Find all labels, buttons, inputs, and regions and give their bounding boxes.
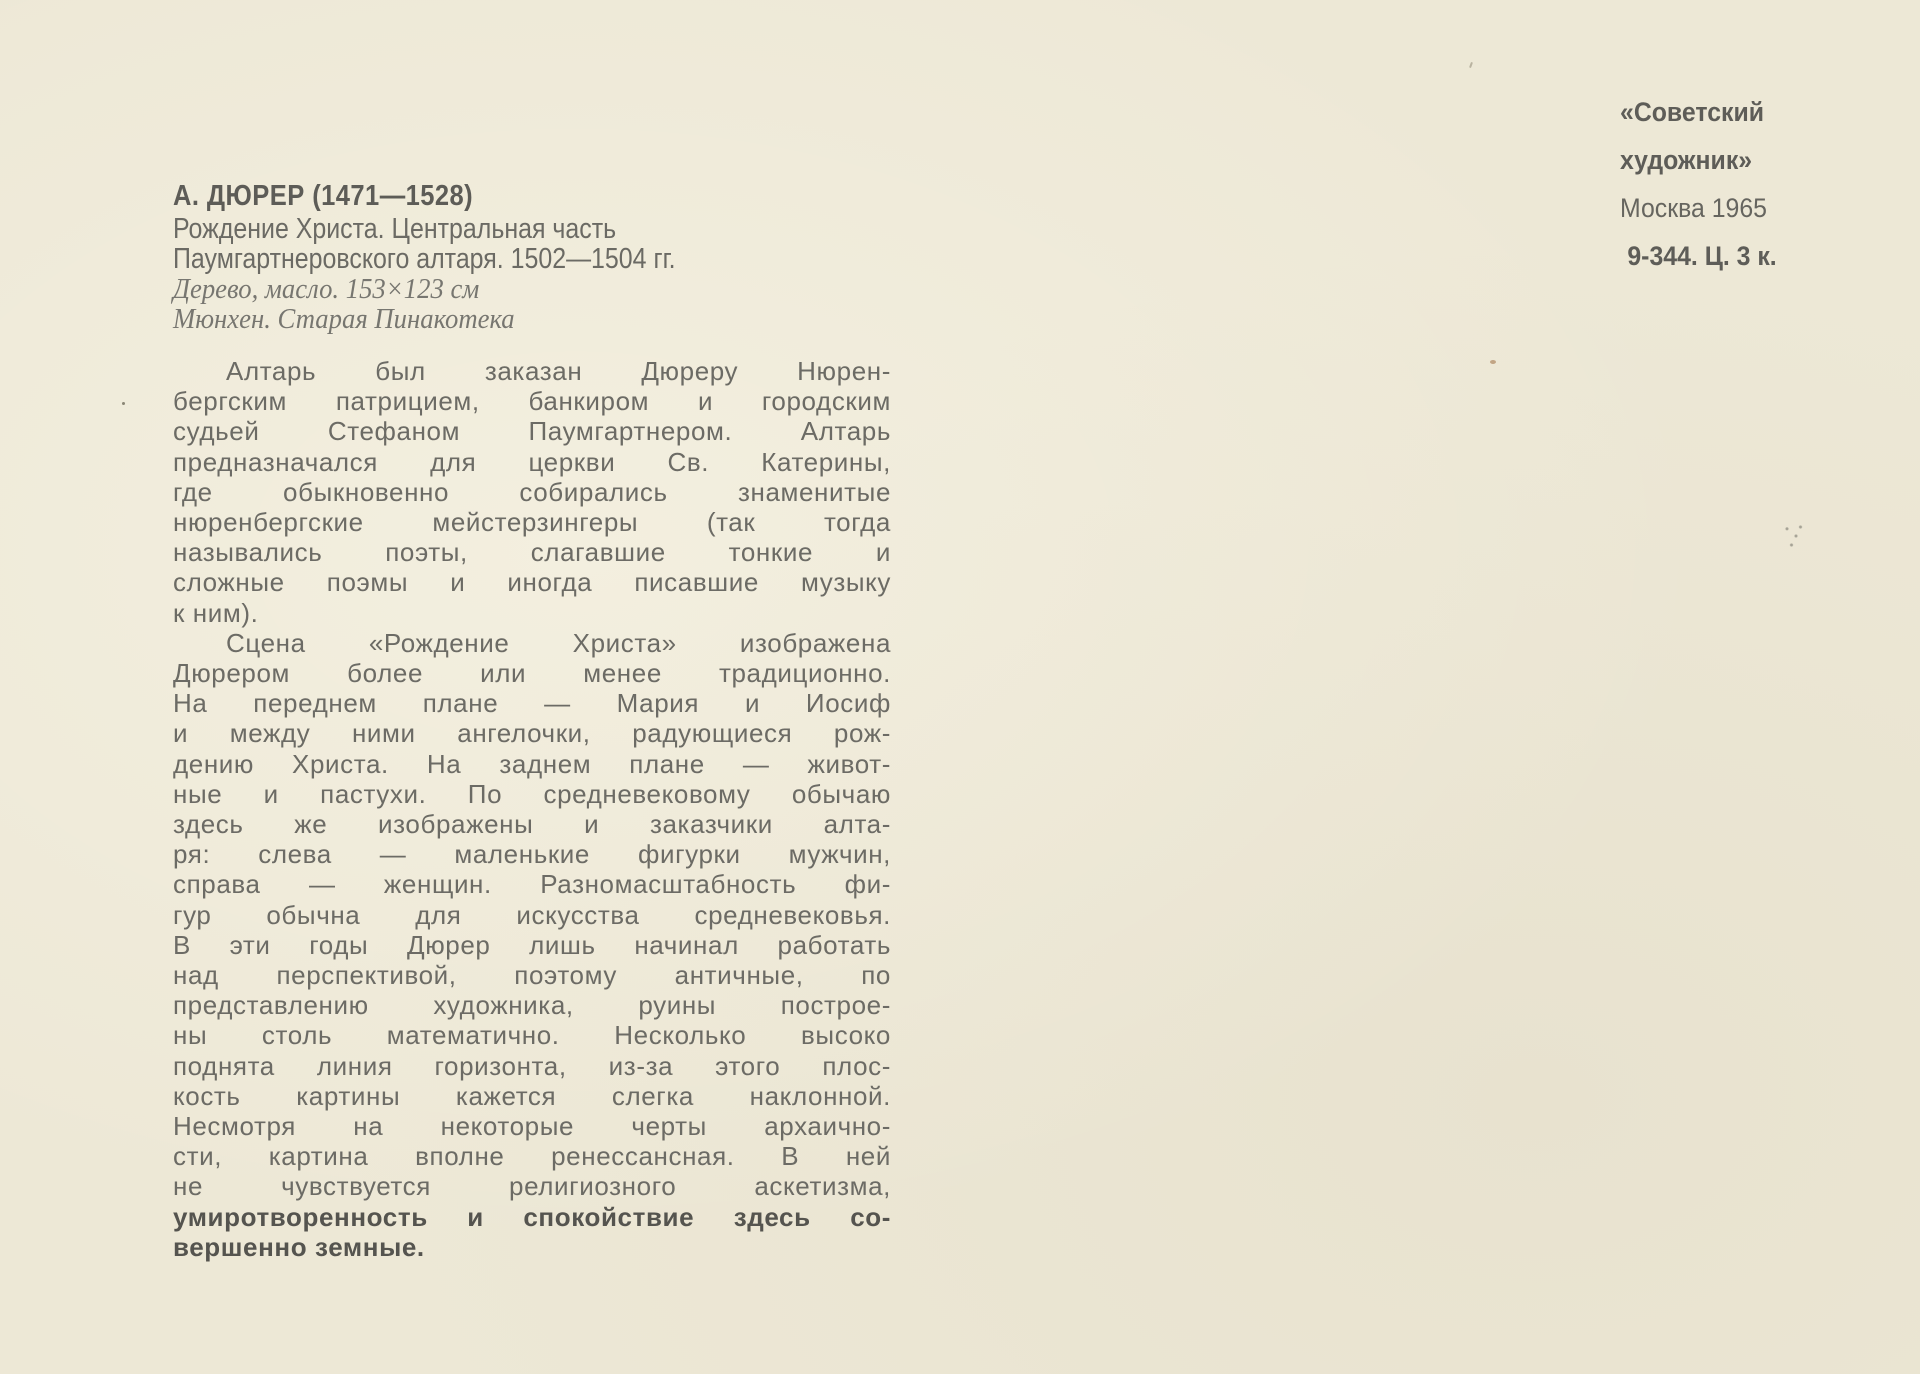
artwork-title-line: Рождение Христа. Центральная часть: [173, 214, 792, 244]
catalog-code-price: 9-344. Ц. 3 к.: [1620, 232, 1878, 280]
text-line: дению Христа. На заднем плане — живот-: [173, 749, 891, 779]
artwork-location: Мюнхен. Старая Пинакотека: [173, 304, 835, 334]
text-line: предназначался для церкви Св. Катерины,: [173, 447, 891, 477]
text-line: ные и пастухи. По средневековому обычаю: [173, 779, 891, 809]
text-line: и между ними ангелочки, радующиеся рож-: [173, 718, 891, 748]
paper-stain: [1490, 360, 1496, 364]
text-line: Несмотря на некоторые черты архаично-: [173, 1111, 891, 1141]
publisher-name-line: художник»: [1620, 136, 1878, 184]
artwork-caption: А. ДЮРЕР (1471—1528) Рождение Христа. Це…: [173, 178, 893, 334]
text-line: бергским патрицием, банкиром и городским: [173, 386, 891, 416]
text-line: здесь же изображены и заказчики алта-: [173, 809, 891, 839]
description-text: Алтарь был заказан Дюреру Нюрен- бергски…: [173, 356, 891, 1262]
text-line: над перспективой, поэтому античные, по: [173, 960, 891, 990]
text-line: гур обычна для искусства средневековья.: [173, 900, 891, 930]
text-line: поднята линия горизонта, из-за этого пло…: [173, 1051, 891, 1081]
text-line: Сцена «Рождение Христа» изображена: [173, 628, 891, 658]
text-line: не чувствуется религиозного аскетизма,: [173, 1171, 891, 1201]
text-line: умиротворенность и спокойствие здесь со-: [173, 1202, 891, 1232]
text-line: сти, картина вполне ренессансная. В ней: [173, 1141, 891, 1171]
text-line: сложные поэмы и иногда писавшие музыку: [173, 567, 891, 597]
publisher-imprint: «Советский художник» Москва 1965 9-344. …: [1620, 88, 1900, 280]
text-line: На переднем плане — Мария и Иосиф: [173, 688, 891, 718]
text-line: ря: слева — маленькие фигурки мужчин,: [173, 839, 891, 869]
text-line: судьей Стефаном Паумгартнером. Алтарь: [173, 416, 891, 446]
text-line: Алтарь был заказан Дюреру Нюрен-: [173, 356, 891, 386]
publisher-city-year: Москва 1965: [1620, 184, 1878, 232]
artwork-medium: Дерево, масло. 153×123 см: [173, 274, 835, 304]
text-line: ны столь математично. Несколько высоко: [173, 1020, 891, 1050]
text-line: кость картины кажется слегка наклонной.: [173, 1081, 891, 1111]
text-line: вершенно земные.: [173, 1232, 891, 1262]
publisher-name-line: «Советский: [1620, 88, 1878, 136]
text-line: где обыкновенно собирались знаменитые: [173, 477, 891, 507]
text-line: к ним).: [173, 598, 891, 628]
text-line: справа — женщин. Разномасштабность фи-: [173, 869, 891, 899]
text-line: Дюрером более или менее традиционно.: [173, 658, 891, 688]
text-line: назывались поэты, слагавшие тонкие и: [173, 537, 891, 567]
text-line: В эти годы Дюрер лишь начинал работать: [173, 930, 891, 960]
paragraph-commission: Алтарь был заказан Дюреру Нюрен- бергски…: [173, 356, 891, 628]
artist-name: А. ДЮРЕР (1471—1528): [173, 178, 807, 214]
text-line: нюренбергские мейстерзингеры (так тогда: [173, 507, 891, 537]
paper-speck: [122, 402, 125, 405]
artwork-title-line: Паумгартнеровского алтаря. 1502—1504 гг.: [173, 244, 792, 274]
paragraph-scene: Сцена «Рождение Христа» изображена Дюрер…: [173, 628, 891, 1262]
paper-dust-mark: [1778, 518, 1808, 554]
text-line: представлению художника, руины построе-: [173, 990, 891, 1020]
